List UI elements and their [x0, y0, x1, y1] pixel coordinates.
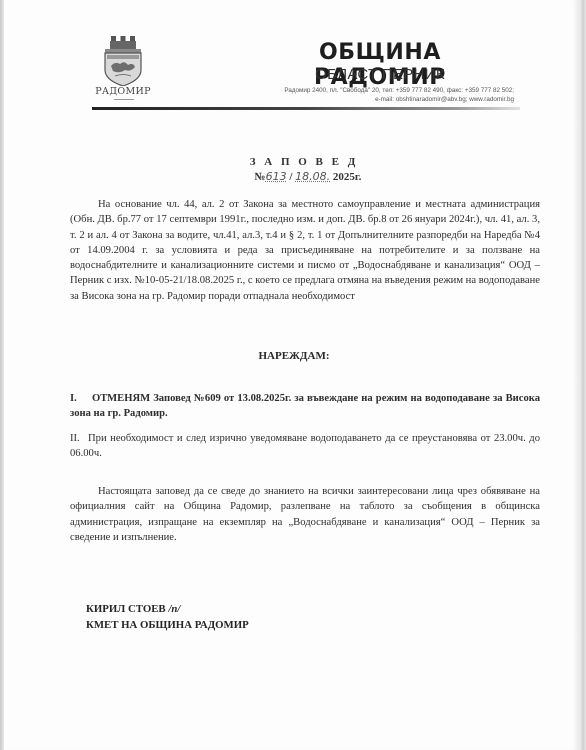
document-title: З А П О В Е Д	[214, 156, 394, 168]
signatory-name: КИРИЛ СТОЕВ	[86, 603, 166, 615]
number-prefix: №	[255, 171, 266, 183]
crest-underline	[114, 99, 134, 100]
item-text: ОТМЕНЯМ Заповед №609 от 13.08.2025г. за …	[70, 393, 540, 419]
contact-address: Радомир 2400, пл. "Свобода" 20, тел: +35…	[224, 87, 514, 96]
header-divider	[92, 107, 520, 110]
handwritten-date: 18.08.	[295, 170, 330, 183]
contact-email-web: e-mail: obshtinaradomir@abv.bg; www.rado…	[224, 96, 514, 105]
item-numeral: I.	[70, 391, 92, 406]
crest-label: РАДОМИР	[90, 86, 156, 97]
signed-mark: /п/	[168, 603, 180, 615]
coat-of-arms-icon	[101, 36, 145, 86]
notice-paragraph: Настоящата заповед да се сведе до знание…	[70, 484, 540, 545]
signature-block: КИРИЛ СТОЕВ /п/ КМЕТ НА ОБЩИНА РАДОМИР	[86, 602, 346, 633]
document-number: №613 / 18.08. 2025г.	[228, 170, 388, 183]
signatory-title: КМЕТ НА ОБЩИНА РАДОМИР	[86, 618, 346, 634]
region-name: ОБЛАСТ ПЕРНИК	[294, 66, 466, 83]
document-page: РАДОМИР ОБЩИНА РАДОМИР ОБЛАСТ ПЕРНИК Рад…	[4, 0, 579, 750]
scan-edge-right	[579, 0, 586, 750]
order-item-2: II.При необходимост и след изрично уведо…	[70, 431, 540, 462]
document-year: 2025г.	[333, 171, 362, 183]
item-text: При необходимост и след изрично уведомяв…	[70, 433, 540, 459]
signatory-line: КИРИЛ СТОЕВ /п/	[86, 602, 346, 618]
order-item-1: I.ОТМЕНЯМ Заповед №609 от 13.08.2025г. з…	[70, 391, 540, 422]
item-numeral: II.	[70, 431, 88, 446]
contact-details: Радомир 2400, пл. "Свобода" 20, тел: +35…	[224, 87, 514, 104]
legal-basis-paragraph: На основание чл. 44, ал. 2 от Закона за …	[70, 197, 540, 304]
handwritten-number: 613	[266, 170, 287, 183]
order-heading: НАРЕЖДАМ:	[234, 350, 354, 362]
